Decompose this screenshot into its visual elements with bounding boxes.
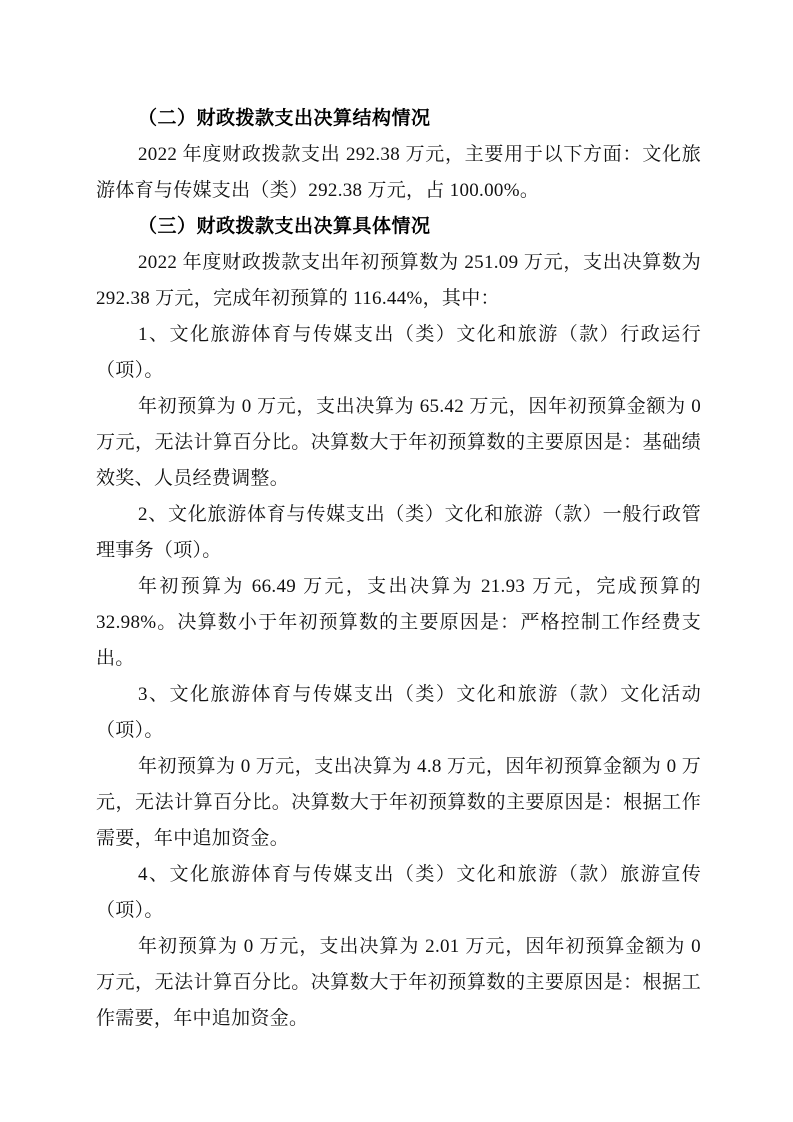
paragraph-expenditure-detail-summary: 2022 年度财政拨款支出年初预算数为 251.09 万元，支出决算数为 292… xyxy=(96,245,701,317)
paragraph-item2-detail: 年初预算为 66.49 万元，支出决算为 21.93 万元，完成预算的 32.9… xyxy=(96,569,701,677)
paragraph-item1-title: 1、文化旅游体育与传媒支出（类）文化和旅游（款）行政运行（项）。 xyxy=(96,317,701,389)
document-page: （二）财政拨款支出决算结构情况 2022 年度财政拨款支出 292.38 万元，… xyxy=(0,0,793,1122)
paragraph-item2-title: 2、文化旅游体育与传媒支出（类）文化和旅游（款）一般行政管理事务（项）。 xyxy=(96,497,701,569)
heading-expenditure-detail: （三）财政拨款支出决算具体情况 xyxy=(96,209,701,245)
paragraph-item4-title: 4、文化旅游体育与传媒支出（类）文化和旅游（款）旅游宣传（项）。 xyxy=(96,857,701,929)
paragraph-item3-title: 3、文化旅游体育与传媒支出（类）文化和旅游（款）文化活动（项）。 xyxy=(96,677,701,749)
paragraph-expenditure-structure: 2022 年度财政拨款支出 292.38 万元，主要用于以下方面：文化旅游体育与… xyxy=(96,137,701,209)
document-body: （二）财政拨款支出决算结构情况 2022 年度财政拨款支出 292.38 万元，… xyxy=(96,101,701,1037)
paragraph-item4-detail: 年初预算为 0 万元，支出决算为 2.01 万元，因年初预算金额为 0 万元，无… xyxy=(96,929,701,1037)
heading-expenditure-structure: （二）财政拨款支出决算结构情况 xyxy=(96,101,701,137)
paragraph-item3-detail: 年初预算为 0 万元，支出决算为 4.8 万元，因年初预算金额为 0 万元，无法… xyxy=(96,749,701,857)
paragraph-item1-detail: 年初预算为 0 万元，支出决算为 65.42 万元，因年初预算金额为 0 万元，… xyxy=(96,389,701,497)
